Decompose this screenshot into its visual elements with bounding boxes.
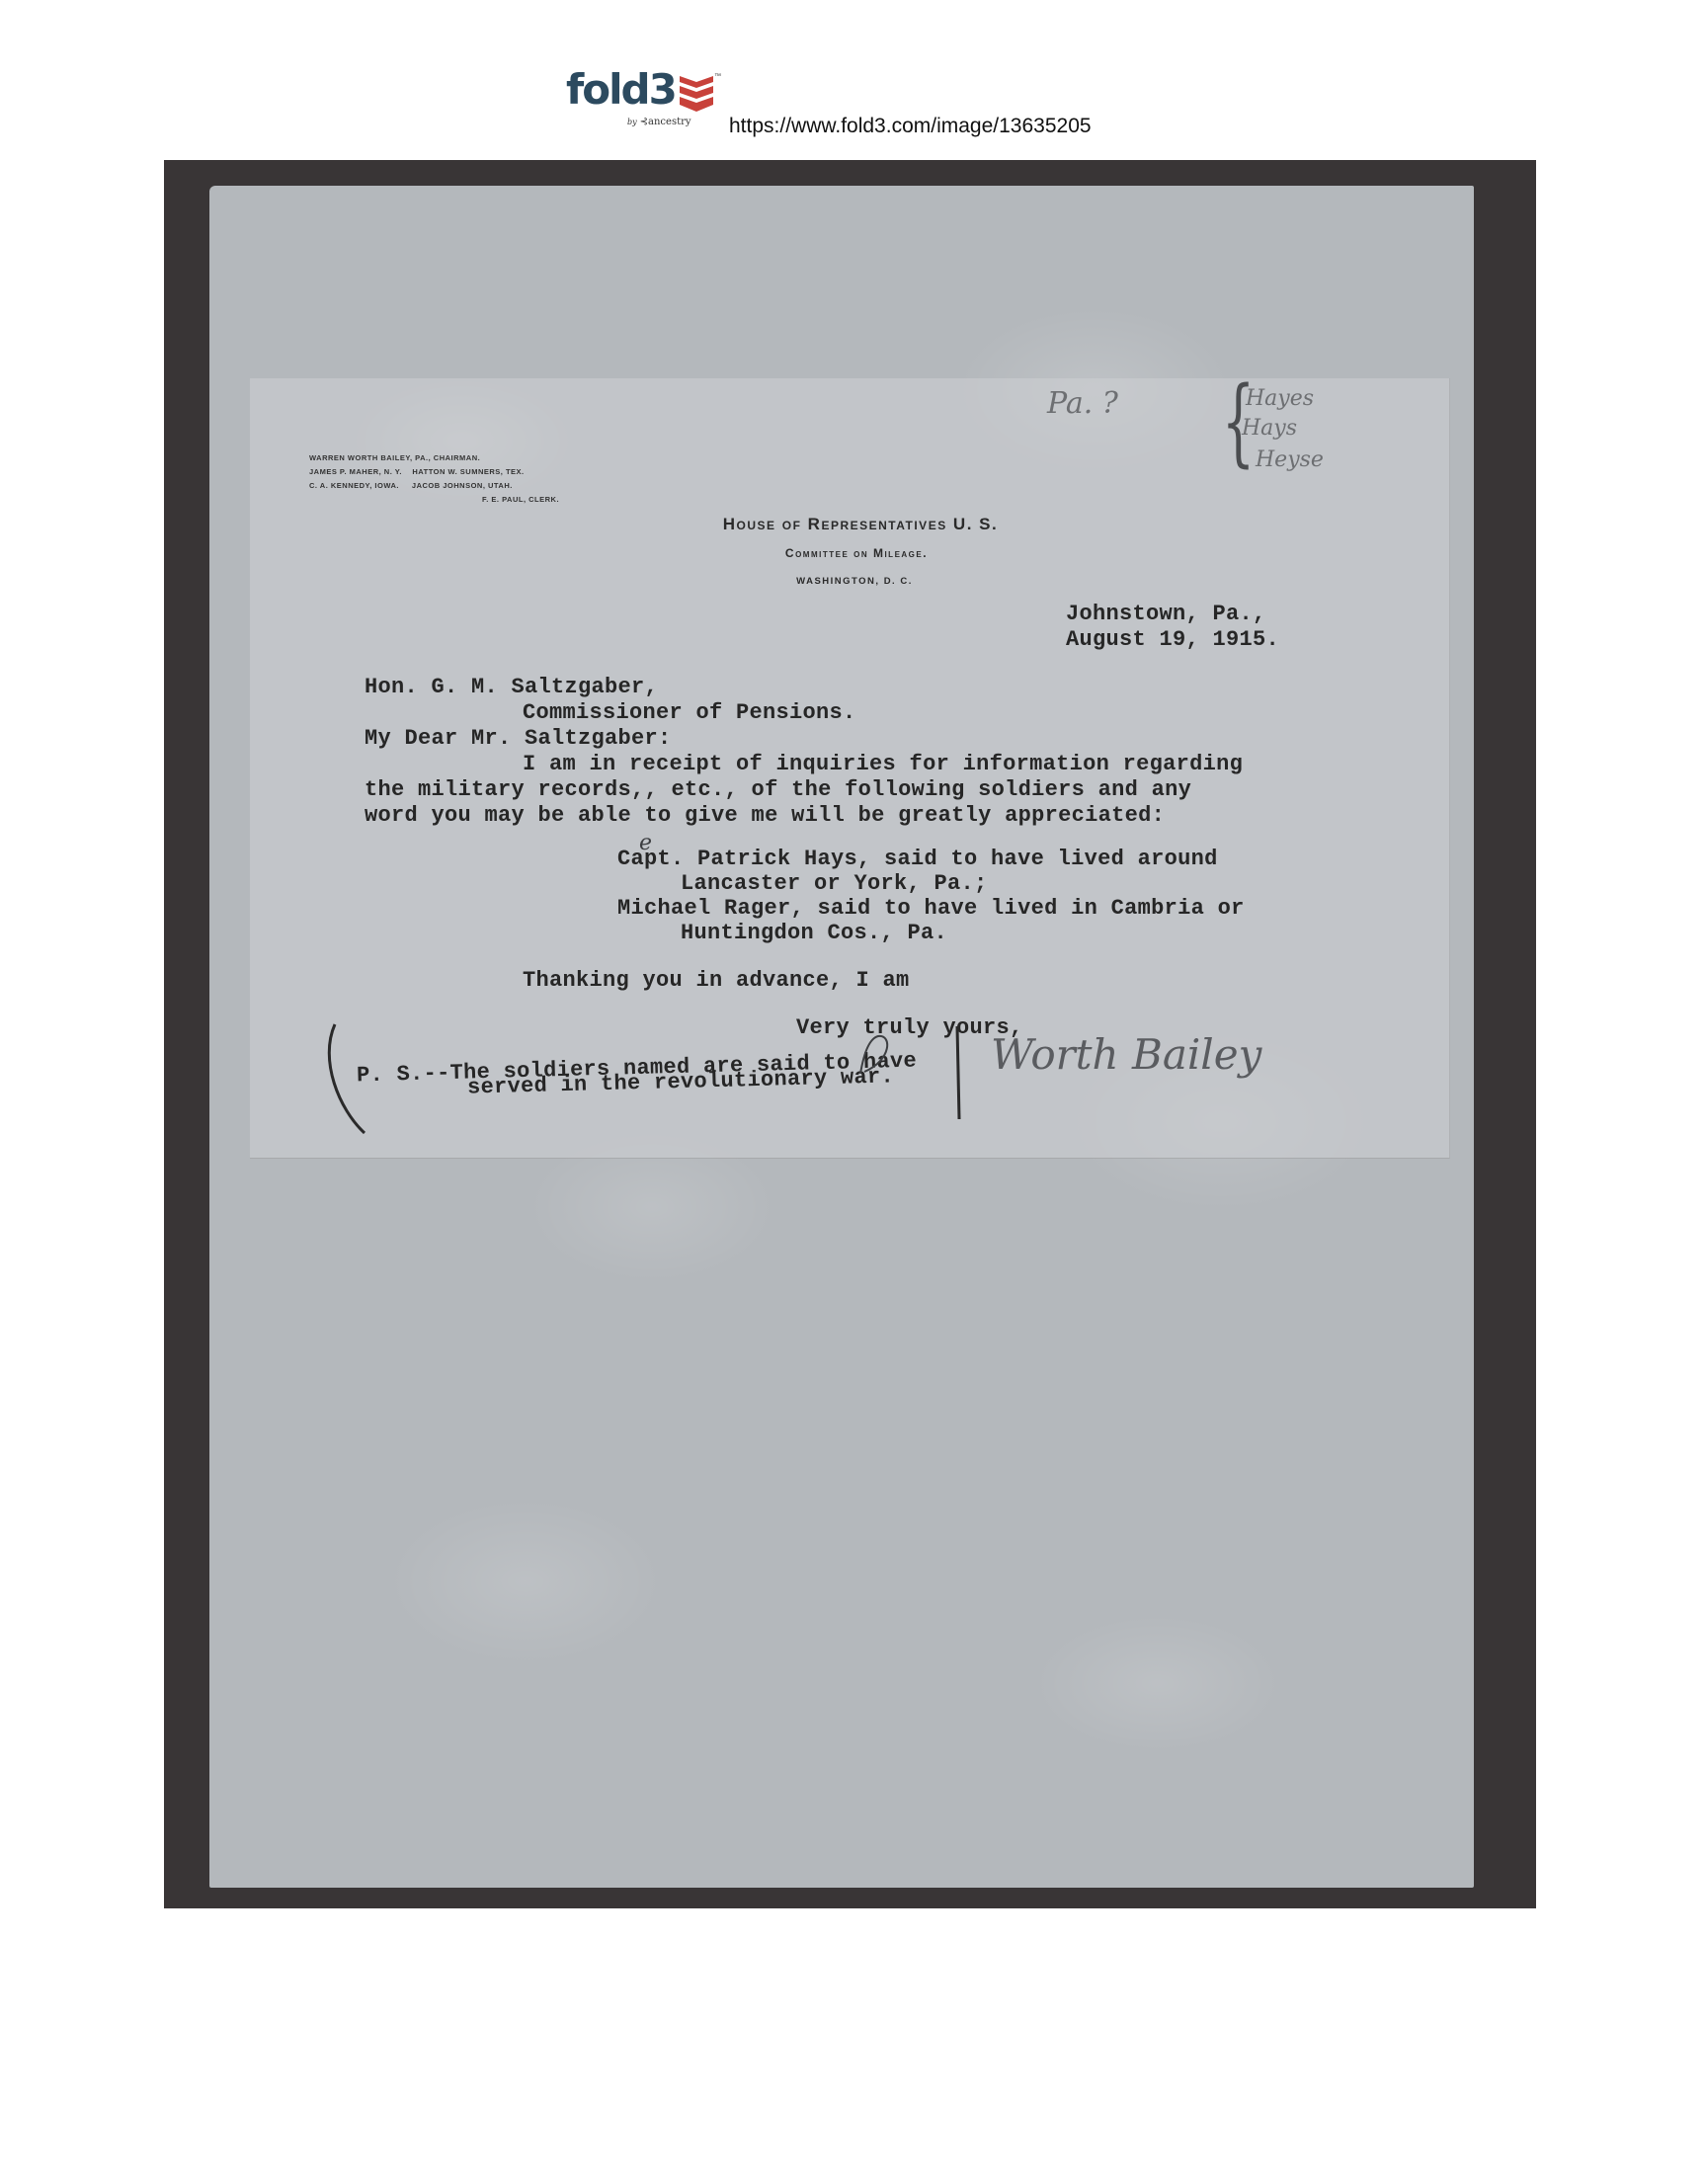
clerk-line: F. E. PAUL, CLERK. (309, 493, 559, 507)
salutation: My Dear Mr. Saltzgaber: (365, 726, 672, 752)
letterhead-committee: Committee on Mileage. (250, 546, 1449, 560)
soldier-line: Lancaster or York, Pa.; (681, 871, 988, 897)
byline-prefix: by (627, 118, 637, 126)
scan-frame: WARREN WORTH BAILEY, PA., CHAIRMAN.JAMES… (164, 160, 1536, 1908)
letter-place: Johnstown, Pa., (1066, 602, 1266, 627)
ancestry-leaf-icon: ⊰ (640, 117, 648, 127)
letterhead-location: WASHINGTON, D. C. (250, 576, 1449, 587)
letter-sheet: WARREN WORTH BAILEY, PA., CHAIRMAN.JAMES… (250, 378, 1450, 1159)
body-line: the military records,, etc., of the foll… (365, 777, 1191, 803)
closing-line: Thanking you in advance, I am (523, 968, 910, 994)
ps-bracket-mark (951, 1020, 971, 1129)
source-url[interactable]: https://www.fold3.com/image/13635205 (729, 115, 1092, 138)
addressee-name: Hon. G. M. Saltzgaber, (365, 675, 658, 700)
addressee-title: Commissioner of Pensions. (523, 700, 856, 726)
annotation-variant: Hays (1242, 416, 1297, 441)
chevron-stack-icon (680, 76, 713, 112)
member-line: C. A. KENNEDY, IOWA. JACOB JOHNSON, UTAH… (309, 479, 559, 493)
annotation-variant: Heyse (1256, 447, 1324, 472)
annotation-left: Pa. ? (1047, 386, 1118, 421)
signature-initial-mark (852, 1030, 902, 1080)
member-line: WARREN WORTH BAILEY, PA., CHAIRMAN. (309, 451, 559, 465)
soldier-line: Huntingdon Cos., Pa. (681, 921, 947, 946)
body-line: word you may be able to give me will be … (365, 803, 1165, 829)
body-line: I am in receipt of inquiries for informa… (523, 752, 1243, 777)
letterhead-title: House of Representatives U. S. (250, 515, 1449, 534)
letter-date: August 19, 1915. (1066, 627, 1279, 653)
valediction: Very truly yours, (796, 1015, 1023, 1041)
member-line: JAMES P. MAHER, N. Y. HATTON W. SUMNERS,… (309, 465, 559, 479)
soldier-line: Michael Rager, said to have lived in Cam… (617, 896, 1245, 922)
annotation-variant: Hayes (1246, 386, 1314, 411)
byline-brand: ancestry (648, 117, 691, 127)
letterhead-members: WARREN WORTH BAILEY, PA., CHAIRMAN.JAMES… (309, 451, 559, 507)
trademark-mark: ™ (714, 73, 721, 80)
soldier-line: Capt. Patrick Hays, said to have lived a… (617, 847, 1218, 872)
document-page: WARREN WORTH BAILEY, PA., CHAIRMAN.JAMES… (209, 186, 1474, 1888)
logo-wordmark: fold3 (566, 65, 676, 114)
fold3-logo: fold3 ™ by⊰ancestry (566, 71, 734, 140)
ancestry-byline: by⊰ancestry (627, 117, 691, 127)
signature: Worth Bailey (991, 1030, 1261, 1079)
